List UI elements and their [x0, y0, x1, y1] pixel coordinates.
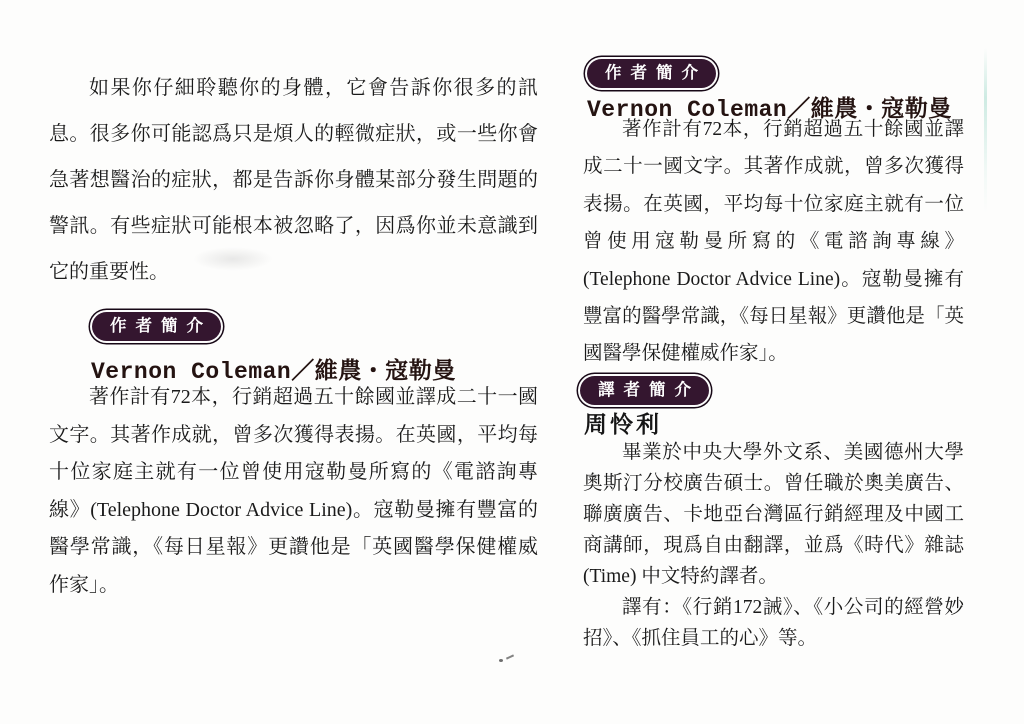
intro-paragraph: 如果你仔細聆聽你的身體，它會告訴你很多的訊息。很多你可能認爲只是煩人的輕微症狀，… — [49, 65, 538, 295]
page-edge-scan-line — [984, 48, 987, 213]
author-bio-right: 著作計有72本，行銷超過五十餘國並譯成二十一國文字。其著作成就，曾多次獲得表揚。… — [583, 111, 964, 373]
scan-speckle-dash — [506, 654, 514, 659]
translator-bio: 畢業於中央大學外文系、美國德州大學奧斯汀分校廣告碩士。曾任職於奧美廣告、聯廣廣告… — [583, 437, 964, 592]
author-intro-badge-left: 作者簡介 — [92, 312, 221, 341]
translator-intro-badge: 譯者簡介 — [580, 376, 709, 405]
translator-name: 周怜利 — [584, 406, 662, 439]
translator-works: 譯有：《行銷172誡》、《小公司的經營妙招》、《抓住員工的心》等。 — [583, 592, 964, 654]
scanned-book-page: 如果你仔細聆聽你的身體，它會告訴你很多的訊息。很多你可能認爲只是煩人的輕微症狀，… — [0, 0, 1024, 724]
scan-speckle-dot — [499, 659, 503, 662]
author-bio-left: 著作計有72本，行銷超過五十餘國並譯成二十一國文字。其著作成就，曾多次獲得表揚。… — [49, 379, 538, 604]
scan-smudge — [193, 247, 273, 271]
author-intro-badge-right: 作者簡介 — [587, 59, 716, 88]
